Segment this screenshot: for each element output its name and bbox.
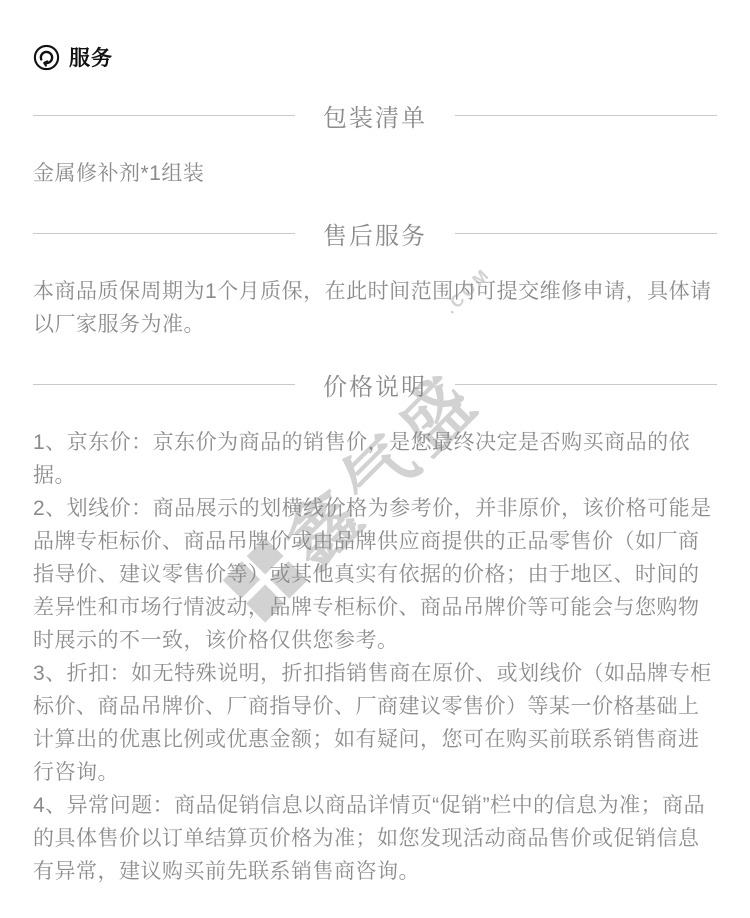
service-header-title: 服务 <box>69 42 113 72</box>
section-divider-price-note: 价格说明 <box>33 367 717 402</box>
service-header: 服务 <box>33 42 717 72</box>
warranty-text: 本商品质保周期为1个月质保，在此时间范围内可提交维修申请，具体请以厂家服务为准。 <box>33 275 717 341</box>
price-note-block: 1、京东价：京东价为商品的销售价，是您最终决定是否购买商品的依据。 2、划线价：… <box>33 426 717 888</box>
section-divider-after-sales: 售后服务 <box>33 216 717 251</box>
section-divider-packing-list: 包装清单 <box>33 98 717 133</box>
product-service-detail-page: 服务 包装清单 金属修补剂*1组装 售后服务 本商品质保周期为1个月质保，在此时… <box>0 0 750 888</box>
divider-line-right <box>455 233 717 234</box>
divider-line-left <box>33 115 295 116</box>
section-title-after-sales: 售后服务 <box>323 216 427 251</box>
packing-list-item: 金属修补剂*1组装 <box>33 157 717 190</box>
divider-line-right <box>455 115 717 116</box>
section-title-packing-list: 包装清单 <box>323 98 427 133</box>
price-note-item-1: 1、京东价：京东价为商品的销售价，是您最终决定是否购买商品的依据。 <box>33 426 717 492</box>
price-note-item-4: 4、异常问题：商品促销信息以商品详情页“促销”栏中的信息为准；商品的具体售价以订… <box>33 789 717 888</box>
price-note-item-2: 2、划线价：商品展示的划横线价格为参考价，并非原价，该价格可能是品牌专柜标价、商… <box>33 492 717 657</box>
divider-line-left <box>33 384 295 385</box>
price-note-item-3: 3、折扣：如无特殊说明，折扣指销售商在原价、或划线价（如品牌专柜标价、商品吊牌价… <box>33 657 717 789</box>
divider-line-right <box>455 384 717 385</box>
service-circular-arrow-icon <box>33 44 60 71</box>
section-title-price-note: 价格说明 <box>323 367 427 402</box>
divider-line-left <box>33 233 295 234</box>
